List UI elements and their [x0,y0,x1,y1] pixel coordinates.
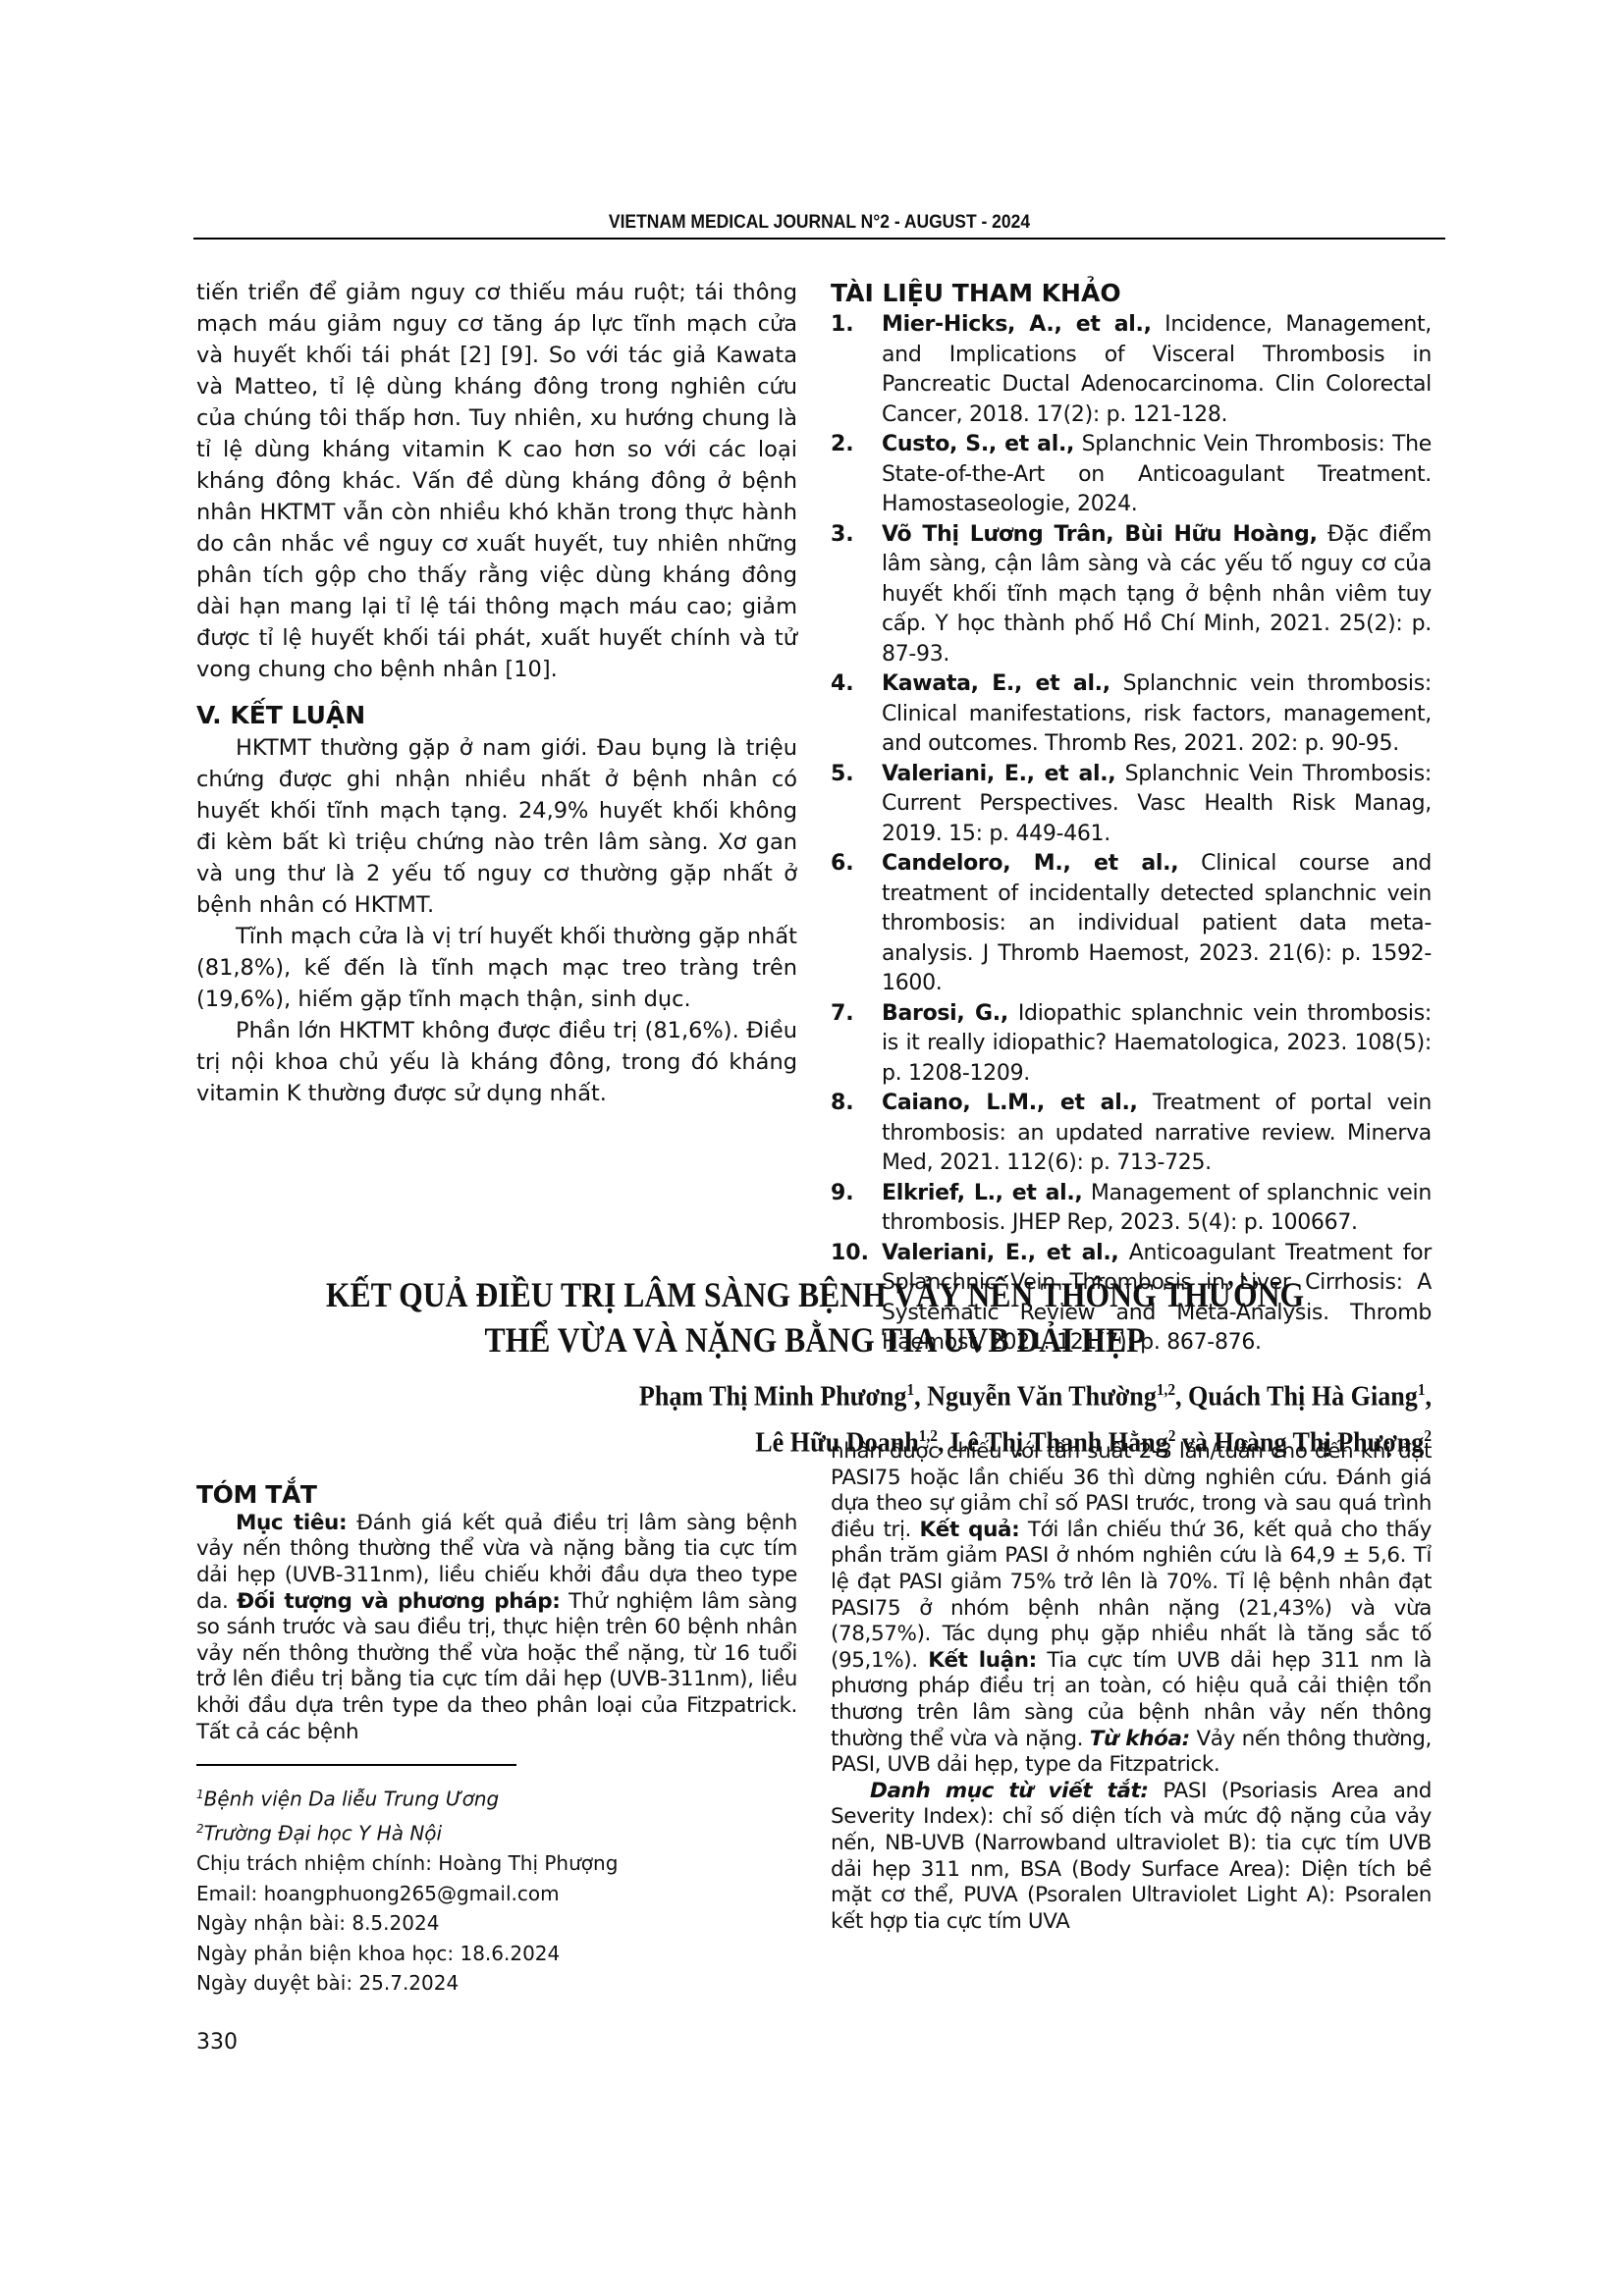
conclusion-paragraph: Tĩnh mạch cửa là vị trí huyết khối thườn… [196,921,797,1015]
author-name: Quách Thị Hà Giang [1188,1381,1418,1413]
reference-item: 4.Kawata, E., et al., Splanchnic vein th… [831,669,1432,760]
discussion-paragraph: tiến triển để giảm nguy cơ thiếu máu ruộ… [196,277,797,685]
article-title: KẾT QUẢ ĐIỀU TRỊ LÂM SÀNG BỆNH VẢY NẾN T… [271,1272,1360,1362]
affiliation-text: Bệnh viện Da liễu Trung Ương [204,1788,500,1811]
reference-item: 8.Caiano, L.M., et al., Treatment of por… [831,1089,1432,1179]
running-header: VIETNAM MEDICAL JOURNAL N°2 - AUGUST - 2… [244,212,1395,234]
author-name: Nguyễn Văn Thường [927,1381,1157,1413]
journal-page: VIETNAM MEDICAL JOURNAL N°2 - AUGUST - 2… [0,0,1624,2296]
footnotes: 1Bệnh viện Da liễu Trung Ương 2Trường Đạ… [196,1780,785,1999]
abstract-right-column: nhân được chiếu với tần suất 2-3 lần/tuầ… [831,1439,1432,1935]
reference-authors: Kawata, E., et al., [882,671,1110,696]
reference-item: 9.Elkrief, L., et al., Management of spl… [831,1179,1432,1239]
author-affiliation: 1,2 [1157,1380,1175,1399]
left-column-previous-article: tiến triển để giảm nguy cơ thiếu máu ruộ… [196,277,797,1109]
abbreviations-paragraph: Danh mục từ viết tắt: PASI (Psoriasis Ar… [831,1779,1432,1936]
abstract-paragraph: Mục tiêu: Đánh giá kết quả điều trị lâm … [196,1511,797,1745]
conclusion-paragraph: Phần lớn HKTMT không được điều trị (81,6… [196,1015,797,1109]
reference-number: 7. [831,999,882,1090]
results-label: Kết quả: [920,1518,1020,1542]
affiliation-1: 1Bệnh viện Da liễu Trung Ương [196,1780,785,1814]
methods-label: Đối tượng và phương pháp: [237,1589,560,1614]
conclusion-label: Kết luận: [928,1648,1037,1673]
reference-authors: Võ Thị Lương Trân, Bùi Hữu Hoàng, [882,522,1318,547]
author-affiliation: 1 [1418,1380,1426,1399]
reference-authors: Candeloro, M., et al., [882,851,1178,876]
article-title-line: KẾT QUẢ ĐIỀU TRỊ LÂM SÀNG BỆNH VẢY NẾN T… [271,1272,1360,1317]
conclusion-paragraph: HKTMT thường gặp ở nam giới. Đau bụng là… [196,732,797,921]
reference-number: 6. [831,849,882,999]
affiliation-number: 1 [196,1788,204,1801]
conclusion-heading: V. KẾT LUẬN [196,699,797,732]
reference-authors: Barosi, G., [882,1001,1008,1026]
footnote-rule [196,1764,516,1766]
author-separator: , [1175,1381,1188,1413]
date-received: Ngày nhận bài: 8.5.2024 [196,1908,785,1939]
reference-number: 1. [831,310,882,430]
reference-authors: Elkrief, L., et al., [882,1181,1082,1205]
author-separator: , [1425,1381,1432,1413]
affiliation-number: 2 [196,1822,204,1836]
abstract-heading: TÓM TẮT [196,1479,797,1511]
right-column-references: TÀI LIỆU THAM KHẢO 1.Mier-Hicks, A., et … [831,277,1432,1359]
reference-number: 3. [831,520,882,670]
author-affiliation: 1 [906,1380,914,1399]
reference-number: 2. [831,430,882,520]
reference-authors: Valeriani, E., et al., [882,1241,1118,1265]
corresponding-author: Chịu trách nhiệm chính: Hoàng Thị Phượng [196,1848,785,1879]
keywords-label: Từ khóa: [1090,1727,1190,1751]
header-rule [193,238,1445,240]
reference-number: 8. [831,1089,882,1179]
page-number: 330 [196,2030,238,2055]
reference-number: 9. [831,1179,882,1239]
corresponding-email: Email: hoangphuong265@gmail.com [196,1879,785,1909]
abstract-paragraph-cont: nhân được chiếu với tần suất 2-3 lần/tuầ… [831,1439,1432,1779]
author-separator: , [914,1381,927,1413]
reference-authors: Caiano, L.M., et al., [882,1091,1138,1115]
affiliation-text: Trường Đại học Y Hà Nội [204,1822,442,1845]
abbreviations-label: Danh mục từ viết tắt: [870,1779,1149,1803]
reference-item: 5.Valeriani, E., et al., Splanchnic Vein… [831,760,1432,850]
reference-authors: Valeriani, E., et al., [882,762,1115,786]
reference-item: 1.Mier-Hicks, A., et al., Incidence, Man… [831,310,1432,430]
date-reviewed: Ngày phản biện khoa học: 18.6.2024 [196,1939,785,1969]
reference-item: 6.Candeloro, M., et al., Clinical course… [831,849,1432,999]
abstract-left-column: TÓM TẮT Mục tiêu: Đánh giá kết quả điều … [196,1459,797,1745]
reference-authors: Custo, S., et al., [882,432,1074,456]
reference-list: 1.Mier-Hicks, A., et al., Incidence, Man… [831,310,1432,1359]
references-heading: TÀI LIỆU THAM KHẢO [831,277,1432,310]
date-accepted: Ngày duyệt bài: 25.7.2024 [196,1968,785,1999]
reference-item: 7.Barosi, G., Idiopathic splanchnic vein… [831,999,1432,1090]
reference-authors: Mier-Hicks, A., et al., [882,312,1152,337]
author-name: Phạm Thị Minh Phương [639,1381,907,1413]
reference-item: 3.Võ Thị Lương Trân, Bùi Hữu Hoàng, Đặc … [831,520,1432,670]
reference-number: 5. [831,760,882,850]
affiliation-2: 2Trường Đại học Y Hà Nội [196,1814,785,1848]
article-title-line: THỂ VỪA VÀ NẶNG BẰNG TIA UVB DẢI HẸP [271,1317,1360,1362]
objective-label: Mục tiêu: [236,1511,347,1535]
reference-number: 4. [831,669,882,760]
reference-item: 2.Custo, S., et al., Splanchnic Vein Thr… [831,430,1432,520]
